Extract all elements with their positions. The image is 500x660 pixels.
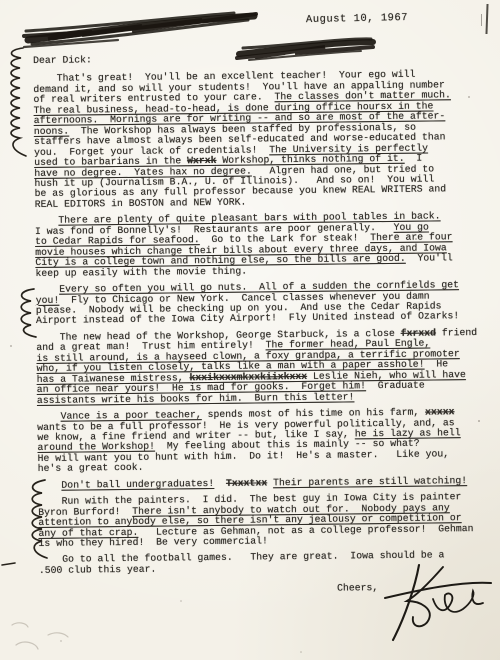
text-segment: keep up easily with the movie thing. (35, 265, 247, 278)
text-segment: friend (436, 327, 477, 338)
margin-dash (1, 560, 17, 568)
paper-speck (300, 651, 302, 653)
underlined-text: assistants write his books for him. Burn… (37, 391, 355, 406)
paper-speck (470, 330, 472, 332)
letter-paragraph: Run with the painters. I did. The best g… (38, 492, 491, 549)
paper-speck (478, 420, 480, 422)
margin-squiggle-1 (5, 46, 31, 158)
letter-paragraph: Vance is a poor teacher, spends most of … (37, 407, 490, 475)
letter-body: Dear Dick: That's great! You'll be an ex… (33, 51, 491, 598)
scanned-letter-page: August 10, 1967 Dear Dick: That's great!… (0, 0, 500, 660)
text-segment: You'll (406, 252, 453, 264)
paper-speck (415, 238, 417, 240)
pencil-smudge (8, 615, 78, 657)
text-segment: .500 club this year. (39, 564, 157, 576)
text-segment: is who they hired! Be very commercial! (38, 535, 267, 549)
underlined-text: Their parents are still watching! (273, 475, 467, 488)
text-segment (38, 479, 62, 490)
letter-paragraph: Don't ball undergraduates! Txxxtxx Their… (38, 476, 490, 492)
text-segment: REAL EDITORS in BOSTON and NEW YORK. (35, 196, 247, 209)
letter-paragraph: Go to all the football games. They are g… (39, 550, 491, 576)
closing: Cheers, (337, 582, 491, 594)
text-segment: Graduate (366, 380, 425, 392)
paper-speck (60, 640, 62, 642)
text-segment: he's a great cook. (38, 462, 144, 474)
letter-paragraph: That's great! You'll be an excellent tea… (33, 69, 487, 210)
paper-speck (468, 96, 470, 98)
text-segment (214, 478, 226, 489)
typed-over-correction: Txxxtxx (226, 477, 267, 488)
letter-date: August 10, 1967 (306, 12, 408, 26)
letter-line: Don't ball undergraduates! Txxxtxx Their… (38, 476, 490, 492)
scan-edge-mark (481, 14, 482, 26)
paper-speck (180, 600, 182, 602)
letter-paragraph: There are plenty of quite pleasant bars … (35, 211, 488, 279)
scan-edge-mark (485, 4, 488, 34)
salutation: Dear Dick: (33, 51, 485, 67)
letter-paragraph: The new head of the Workshop, George Sta… (36, 328, 489, 406)
letter-paragraphs: That's great! You'll be an excellent tea… (33, 69, 491, 576)
paper-speck (10, 345, 12, 347)
letter-paragraph: Every so often you will go nuts. All of … (36, 280, 488, 327)
redaction-scribble-address (22, 10, 262, 50)
underlined-text: Don't ball undergraduates! (61, 478, 214, 491)
